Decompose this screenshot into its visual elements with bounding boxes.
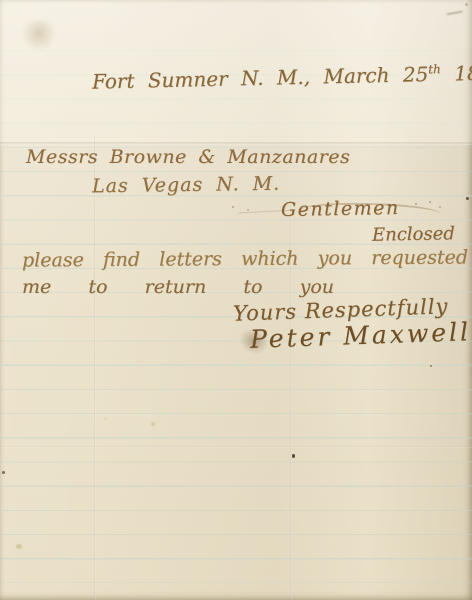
recipient-place-line: Las Vegas N. M.	[92, 174, 281, 198]
vertical-fold-crease-left	[94, 136, 96, 600]
body-line-enclosed: Enclosed	[372, 224, 455, 245]
horizontal-fold-crease-lower	[0, 446, 472, 448]
paper-stain	[16, 544, 22, 549]
body-line-2: please find letters which you requested	[22, 247, 468, 271]
pencil-dot-icon	[465, 3, 468, 6]
paper-stain	[104, 417, 107, 420]
date-day: March 25	[323, 62, 428, 88]
ink-dot	[247, 209, 249, 211]
date-day-suffix: th	[428, 62, 441, 76]
ink-dot	[429, 201, 431, 203]
body-line-3: me to return to you	[22, 277, 334, 298]
date-year: 1881	[454, 60, 472, 85]
recipient-name-line: Messrs Browne & Manzanares	[26, 147, 350, 168]
date-place: Fort Sumner N. M.,	[92, 65, 311, 94]
ink-dot	[415, 203, 417, 205]
letter-page: Fort Sumner N. M., March 25th 1881 Messr…	[0, 0, 472, 600]
ink-speck	[466, 197, 469, 200]
ink-dot	[439, 206, 441, 208]
horizontal-fold-crease	[0, 142, 472, 145]
ink-dot	[232, 206, 234, 208]
paper-stain	[151, 422, 155, 426]
ink-speck	[292, 454, 295, 458]
ink-speck	[2, 471, 5, 474]
embossed-stamp-icon	[22, 20, 56, 50]
ink-speck	[430, 365, 432, 367]
